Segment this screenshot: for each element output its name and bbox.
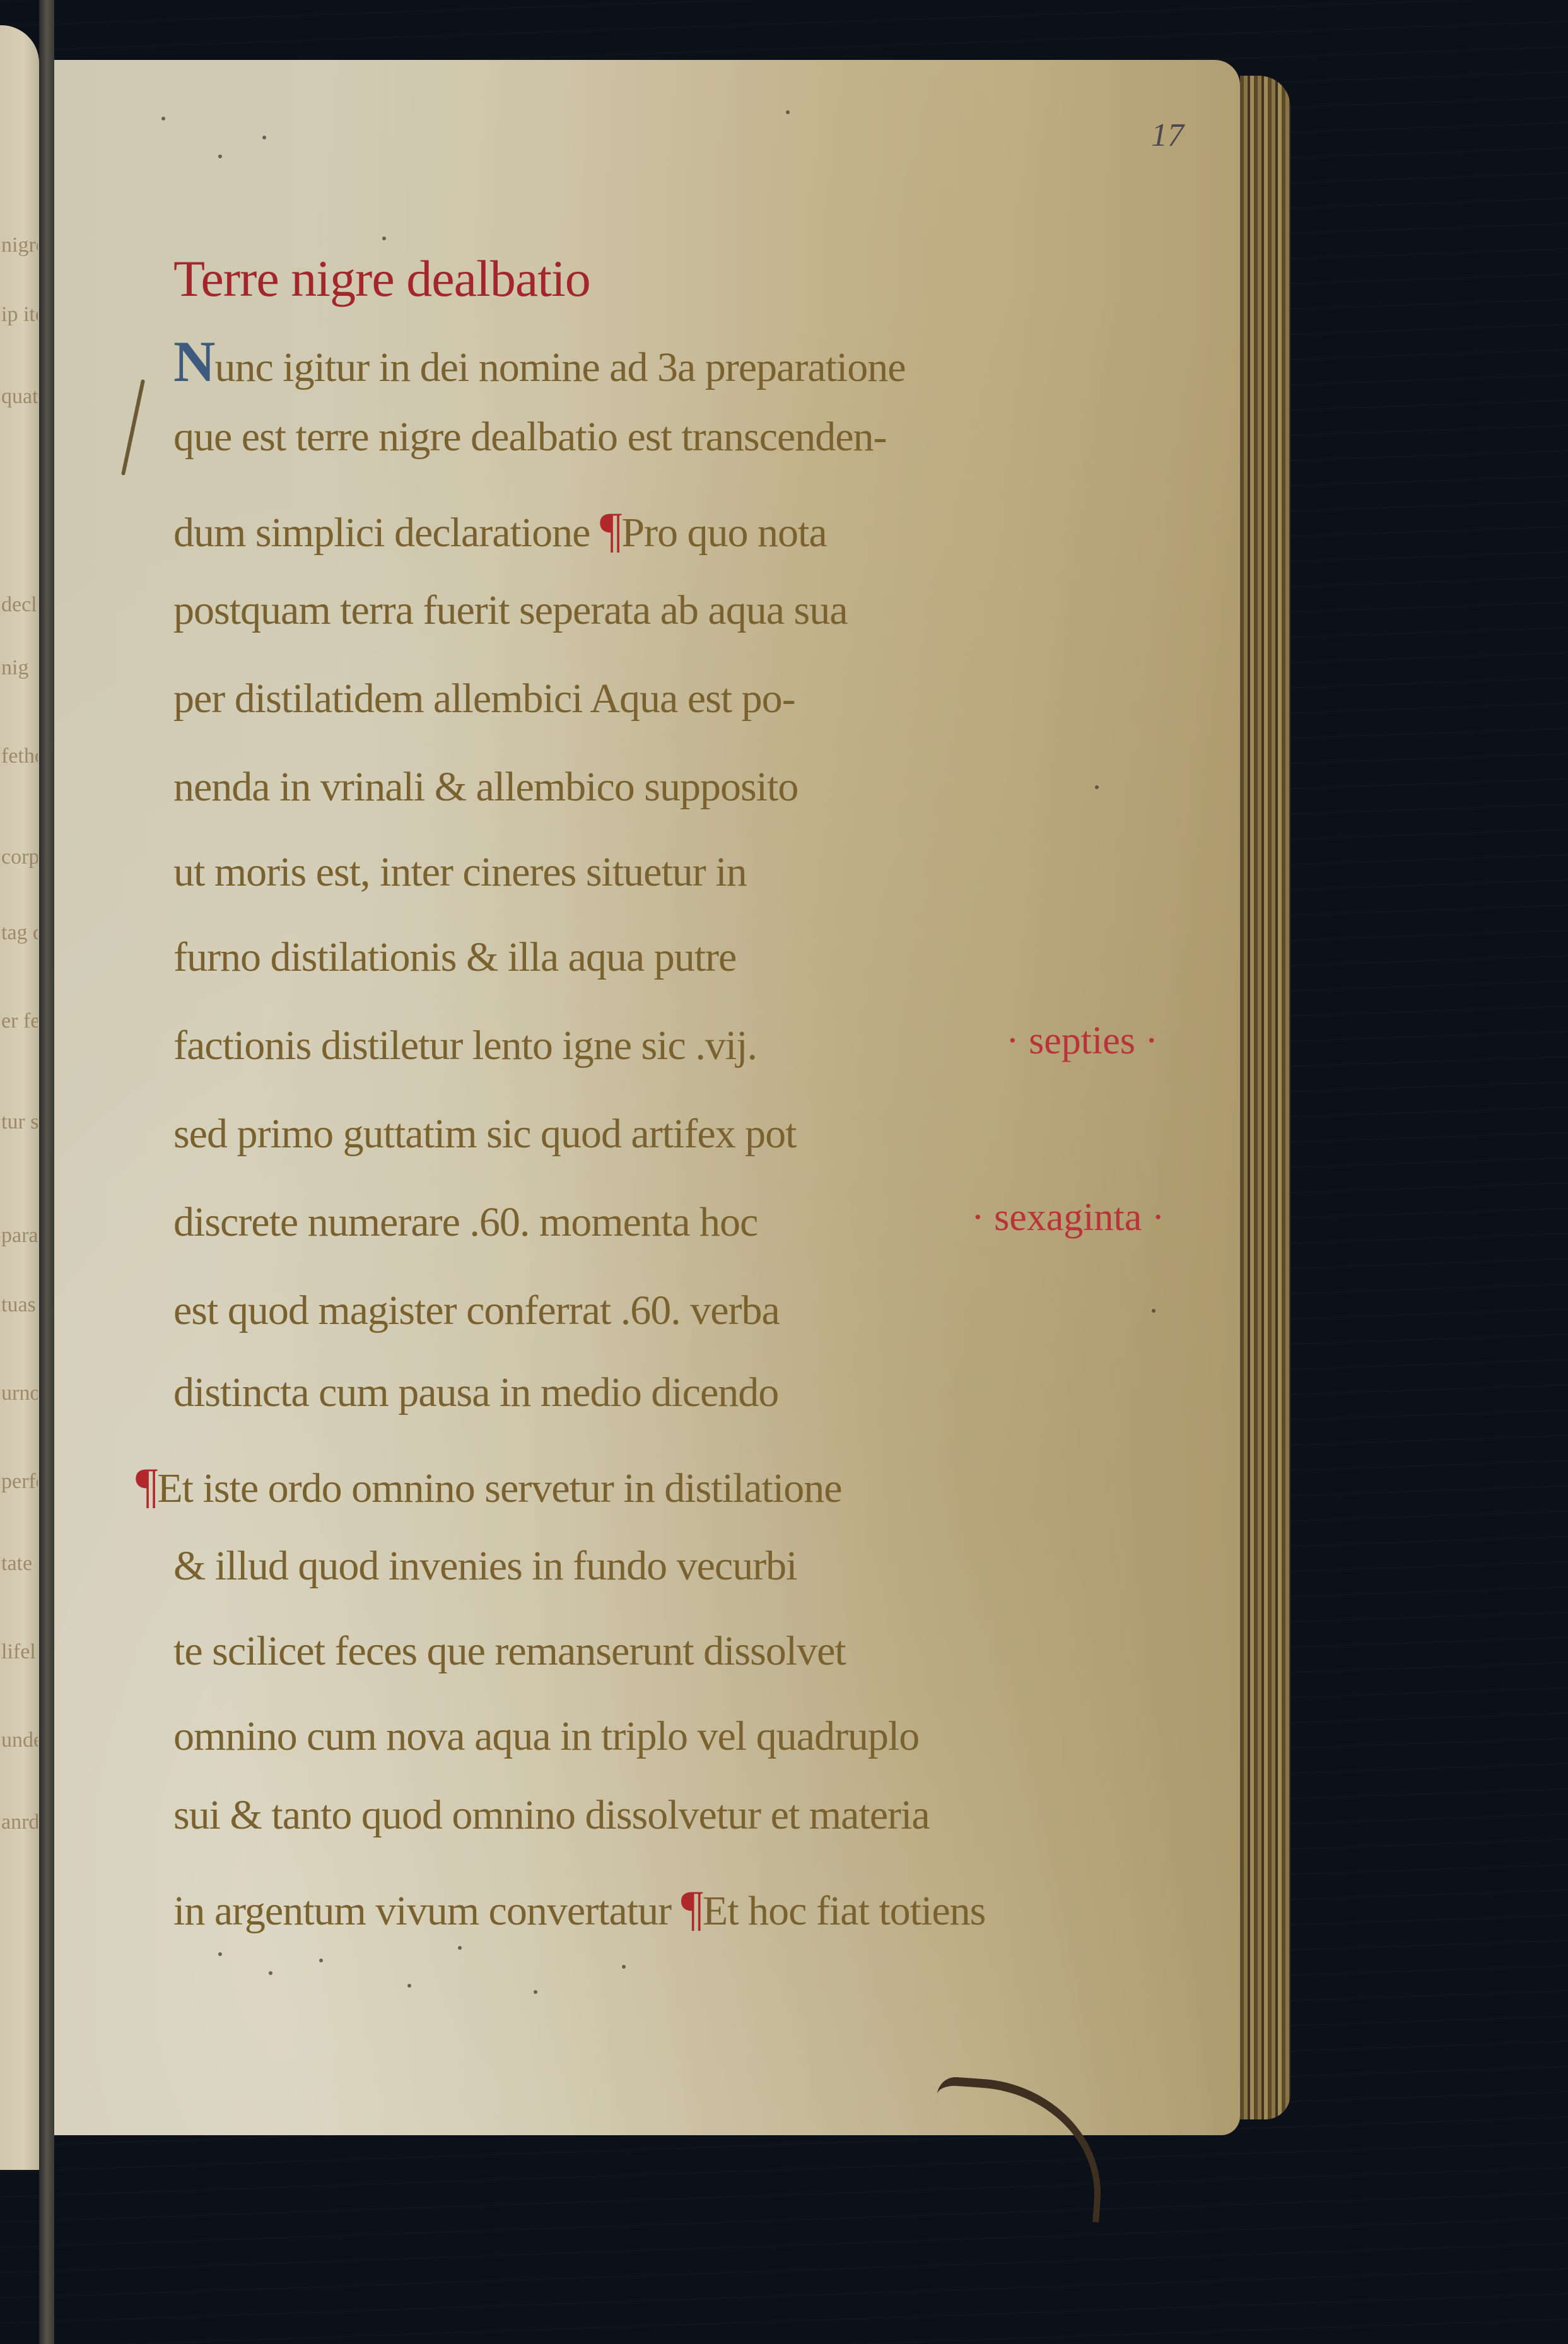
- text-line: factionis distiletur lento igne sic .vij…: [173, 1022, 757, 1070]
- text-line: est quod magister conferrat .60. verba: [173, 1287, 780, 1335]
- facing-page-fragment: corp: [1, 845, 38, 869]
- text-line: que est terre nigre dealbatio est transc…: [173, 413, 886, 461]
- facing-page-fragment: perfec: [1, 1470, 38, 1494]
- margin-note-septies: · septies ·: [1006, 1019, 1158, 1064]
- text-line: & illud quod invenies in fundo vecurbi: [173, 1542, 797, 1590]
- text-line: dum simplici declaratione ¶Pro quo nota: [173, 501, 827, 558]
- facing-page-fragment: fetho: [1, 744, 38, 768]
- facing-page-fragment: nigre: [1, 233, 38, 257]
- text-line: ut moris est, inter cineres situetur in: [173, 848, 747, 896]
- facing-page-fragment: parau: [1, 1224, 38, 1248]
- page-block-edges: [1240, 76, 1290, 2119]
- facing-page-fragment: nig: [1, 656, 38, 680]
- facing-page-fragment: anrd: [1, 1810, 38, 1834]
- margin-note-sexaginta: · sexaginta ·: [971, 1195, 1164, 1240]
- facing-page-fragment: er fe: [1, 1009, 38, 1033]
- pilcrow-mark: ¶: [681, 1880, 703, 1935]
- text-line: per distilatidem allembici Aqua est po-: [173, 675, 795, 723]
- binding-gutter: [39, 0, 54, 2344]
- text-line: distincta cum pausa in medio dicendo: [173, 1369, 778, 1417]
- decorated-initial: N: [173, 329, 214, 394]
- text-line: ¶Et iste ordo omnino servetur in distila…: [136, 1457, 842, 1514]
- facing-page-fragment: tuas: [1, 1293, 38, 1317]
- text-line: Nunc igitur in dei nomine ad 3a preparat…: [173, 328, 906, 395]
- folio-number: 17: [1151, 117, 1184, 154]
- text-line: sed primo guttatim sic quod artifex pot: [173, 1110, 796, 1158]
- facing-page-fragment: decla: [1, 593, 38, 617]
- text-line: discrete numerare .60. momenta hoc: [173, 1198, 758, 1246]
- text-line: te scilicet feces que remanserunt dissol…: [173, 1627, 846, 1675]
- rubric-heading: Terre nigre dealbatio: [173, 249, 590, 308]
- pilcrow-mark: ¶: [600, 502, 621, 557]
- facing-page-fragment: tur su: [1, 1110, 38, 1134]
- facing-page-fragment: lifel: [1, 1640, 38, 1664]
- facing-page-fragment: unde: [1, 1728, 38, 1752]
- text-line: postquam terra fuerit seperata ab aqua s…: [173, 587, 848, 635]
- text-line: omnino cum nova aqua in triplo vel quadr…: [173, 1713, 919, 1761]
- facing-page-edge: nigre ip iterum quatuor decla nig fetho …: [0, 25, 39, 2170]
- text-line: in argentum vivum convertatur ¶Et hoc fi…: [173, 1880, 985, 1937]
- text-line: sui & tanto quod omnino dissolvetur et m…: [173, 1791, 930, 1839]
- pilcrow-mark: ¶: [136, 1458, 157, 1513]
- facing-page-fragment: tag d: [1, 921, 38, 945]
- text-line: nenda in vrinali & allembico supposito: [173, 763, 798, 811]
- facing-page-fragment: urno: [1, 1381, 38, 1405]
- text-line: furno distilationis & illa aqua putre: [173, 934, 736, 982]
- facing-page-fragment: quatuor: [1, 385, 38, 409]
- facing-page-fragment: tate: [1, 1552, 38, 1576]
- facing-page-fragment: ip iterum: [1, 303, 38, 327]
